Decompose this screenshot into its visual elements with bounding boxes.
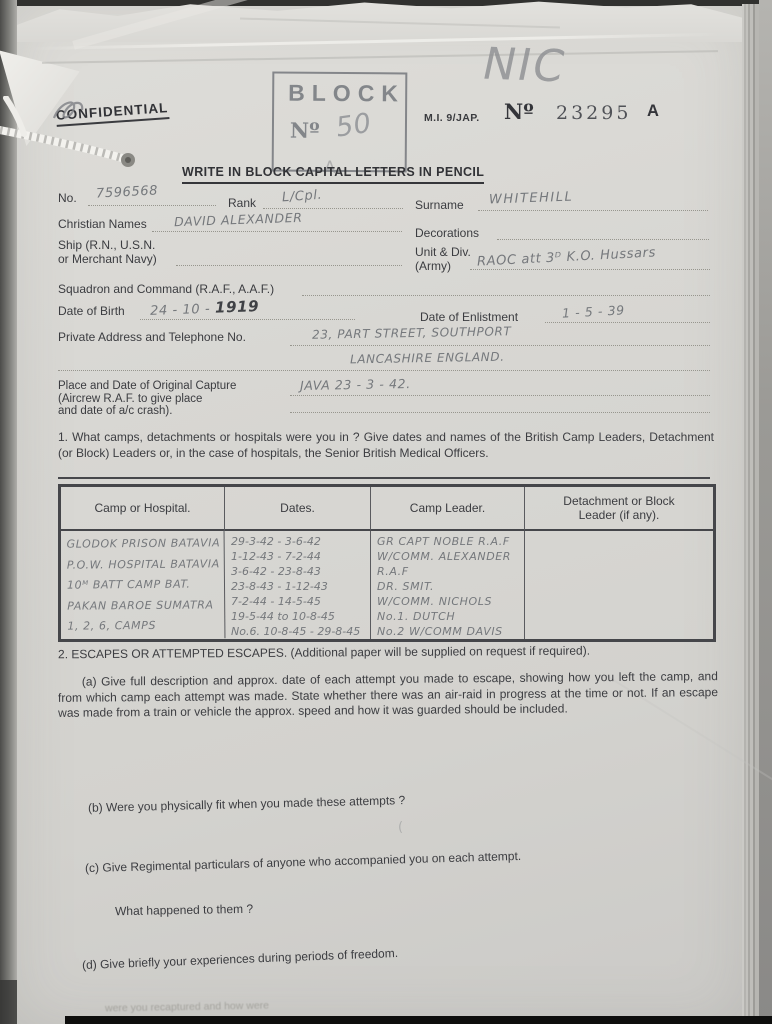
table-column-detachment [525, 531, 713, 639]
serial-number: 23295 [556, 102, 631, 124]
table-header-camp: Camp or Hospital. [61, 487, 225, 531]
camps-table: Camp or Hospital. Dates. Camp Leader. De… [58, 484, 716, 642]
table-column-leaders: GR CAPT NOBLE R.A.F W/COMM. ALEXANDER R.… [371, 531, 525, 639]
field-line [290, 344, 710, 346]
field-line [140, 318, 355, 320]
block-number-stamp: BLOCK Nº 50 [272, 72, 408, 173]
surname-label: Surname [415, 198, 464, 212]
service-number-label: No. [58, 191, 77, 205]
stray-pencil-mark: ( [398, 820, 403, 835]
field-line [302, 294, 710, 296]
background-right-edge [759, 0, 772, 1024]
date-of-birth-value: 24 - 10 - 1919 [150, 297, 260, 319]
ship-label: Ship (R.N., U.S.N. or Merchant Navy) [58, 239, 157, 266]
scan-bottom-bar [65, 1016, 772, 1024]
table-top-rule [58, 477, 710, 479]
pencil-scribble-icon [50, 92, 110, 128]
field-line [470, 268, 710, 270]
surname-value: WHITEHILL [489, 190, 574, 208]
stamp-word: BLOCK [288, 80, 405, 108]
field-line [263, 207, 403, 209]
christian-names-label: Christian Names [58, 217, 147, 231]
form-instruction-title: WRITE IN BLOCK CAPITAL LETTERS IN PENCIL [182, 165, 484, 184]
squadron-command-label: Squadron and Command (R.A.F., A.A.F.) [58, 282, 274, 296]
binding-spine-shadow [0, 980, 17, 1024]
pencil-scrawl: NIC [478, 39, 571, 93]
table-header-dates: Dates. [225, 487, 371, 531]
table-header-detachment: Detachment or Block Leader (if any). [525, 487, 713, 531]
question-1-text: 1. What camps, detachments or hospitals … [58, 430, 714, 461]
scanned-document-page: CONFIDENTIAL BLOCK Nº 50 A NIC M.I. 9/JA… [0, 0, 772, 1024]
question-2c-followup-text: What happened to them ? [115, 902, 253, 920]
field-line [497, 238, 709, 240]
field-line [478, 209, 708, 211]
private-address-label: Private Address and Telephone No. [58, 330, 246, 344]
date-of-birth-label: Date of Birth [58, 304, 125, 318]
private-address-value-line2: LANCASHIRE ENGLAND. [350, 350, 505, 367]
rank-value: L/Cpl. [282, 188, 323, 206]
question-2a-text: (a) Give full description and approx. da… [58, 669, 718, 721]
dob-day-month: 24 - 10 - [150, 302, 215, 319]
stamp-handwritten-number: 50 [334, 108, 374, 144]
field-line [290, 394, 710, 396]
paper-stack-edge [742, 4, 759, 1024]
field-line [152, 230, 402, 232]
rank-label: Rank [228, 196, 256, 210]
field-line [58, 369, 710, 371]
series-letter: A [647, 102, 659, 121]
stamp-no-symbol: Nº [290, 118, 320, 143]
table-header-leader: Camp Leader. [371, 487, 525, 531]
field-line [545, 321, 710, 323]
capture-value: JAVA 23 - 3 - 42. [300, 376, 411, 393]
unit-div-label: Unit & Div. (Army) [415, 246, 471, 273]
date-of-enlistment-label: Date of Enlistment [420, 310, 518, 324]
field-line [88, 204, 216, 206]
no-symbol: Nº [504, 99, 534, 124]
dob-year-overwritten: 1919 [215, 297, 260, 317]
capture-label: Place and Date of Original Capture (Airc… [58, 380, 236, 418]
field-line [176, 264, 402, 266]
field-line [290, 411, 710, 413]
decorations-label: Decorations [415, 226, 479, 240]
department-label: M.I. 9/JAP. [424, 112, 480, 124]
table-column-camps: GLODOK PRISON BATAVIA P.O.W. HOSPITAL BA… [61, 530, 226, 639]
table-column-dates: 29-3-42 - 3-6-42 1-12-43 - 7-2-44 3-6-42… [225, 531, 371, 639]
